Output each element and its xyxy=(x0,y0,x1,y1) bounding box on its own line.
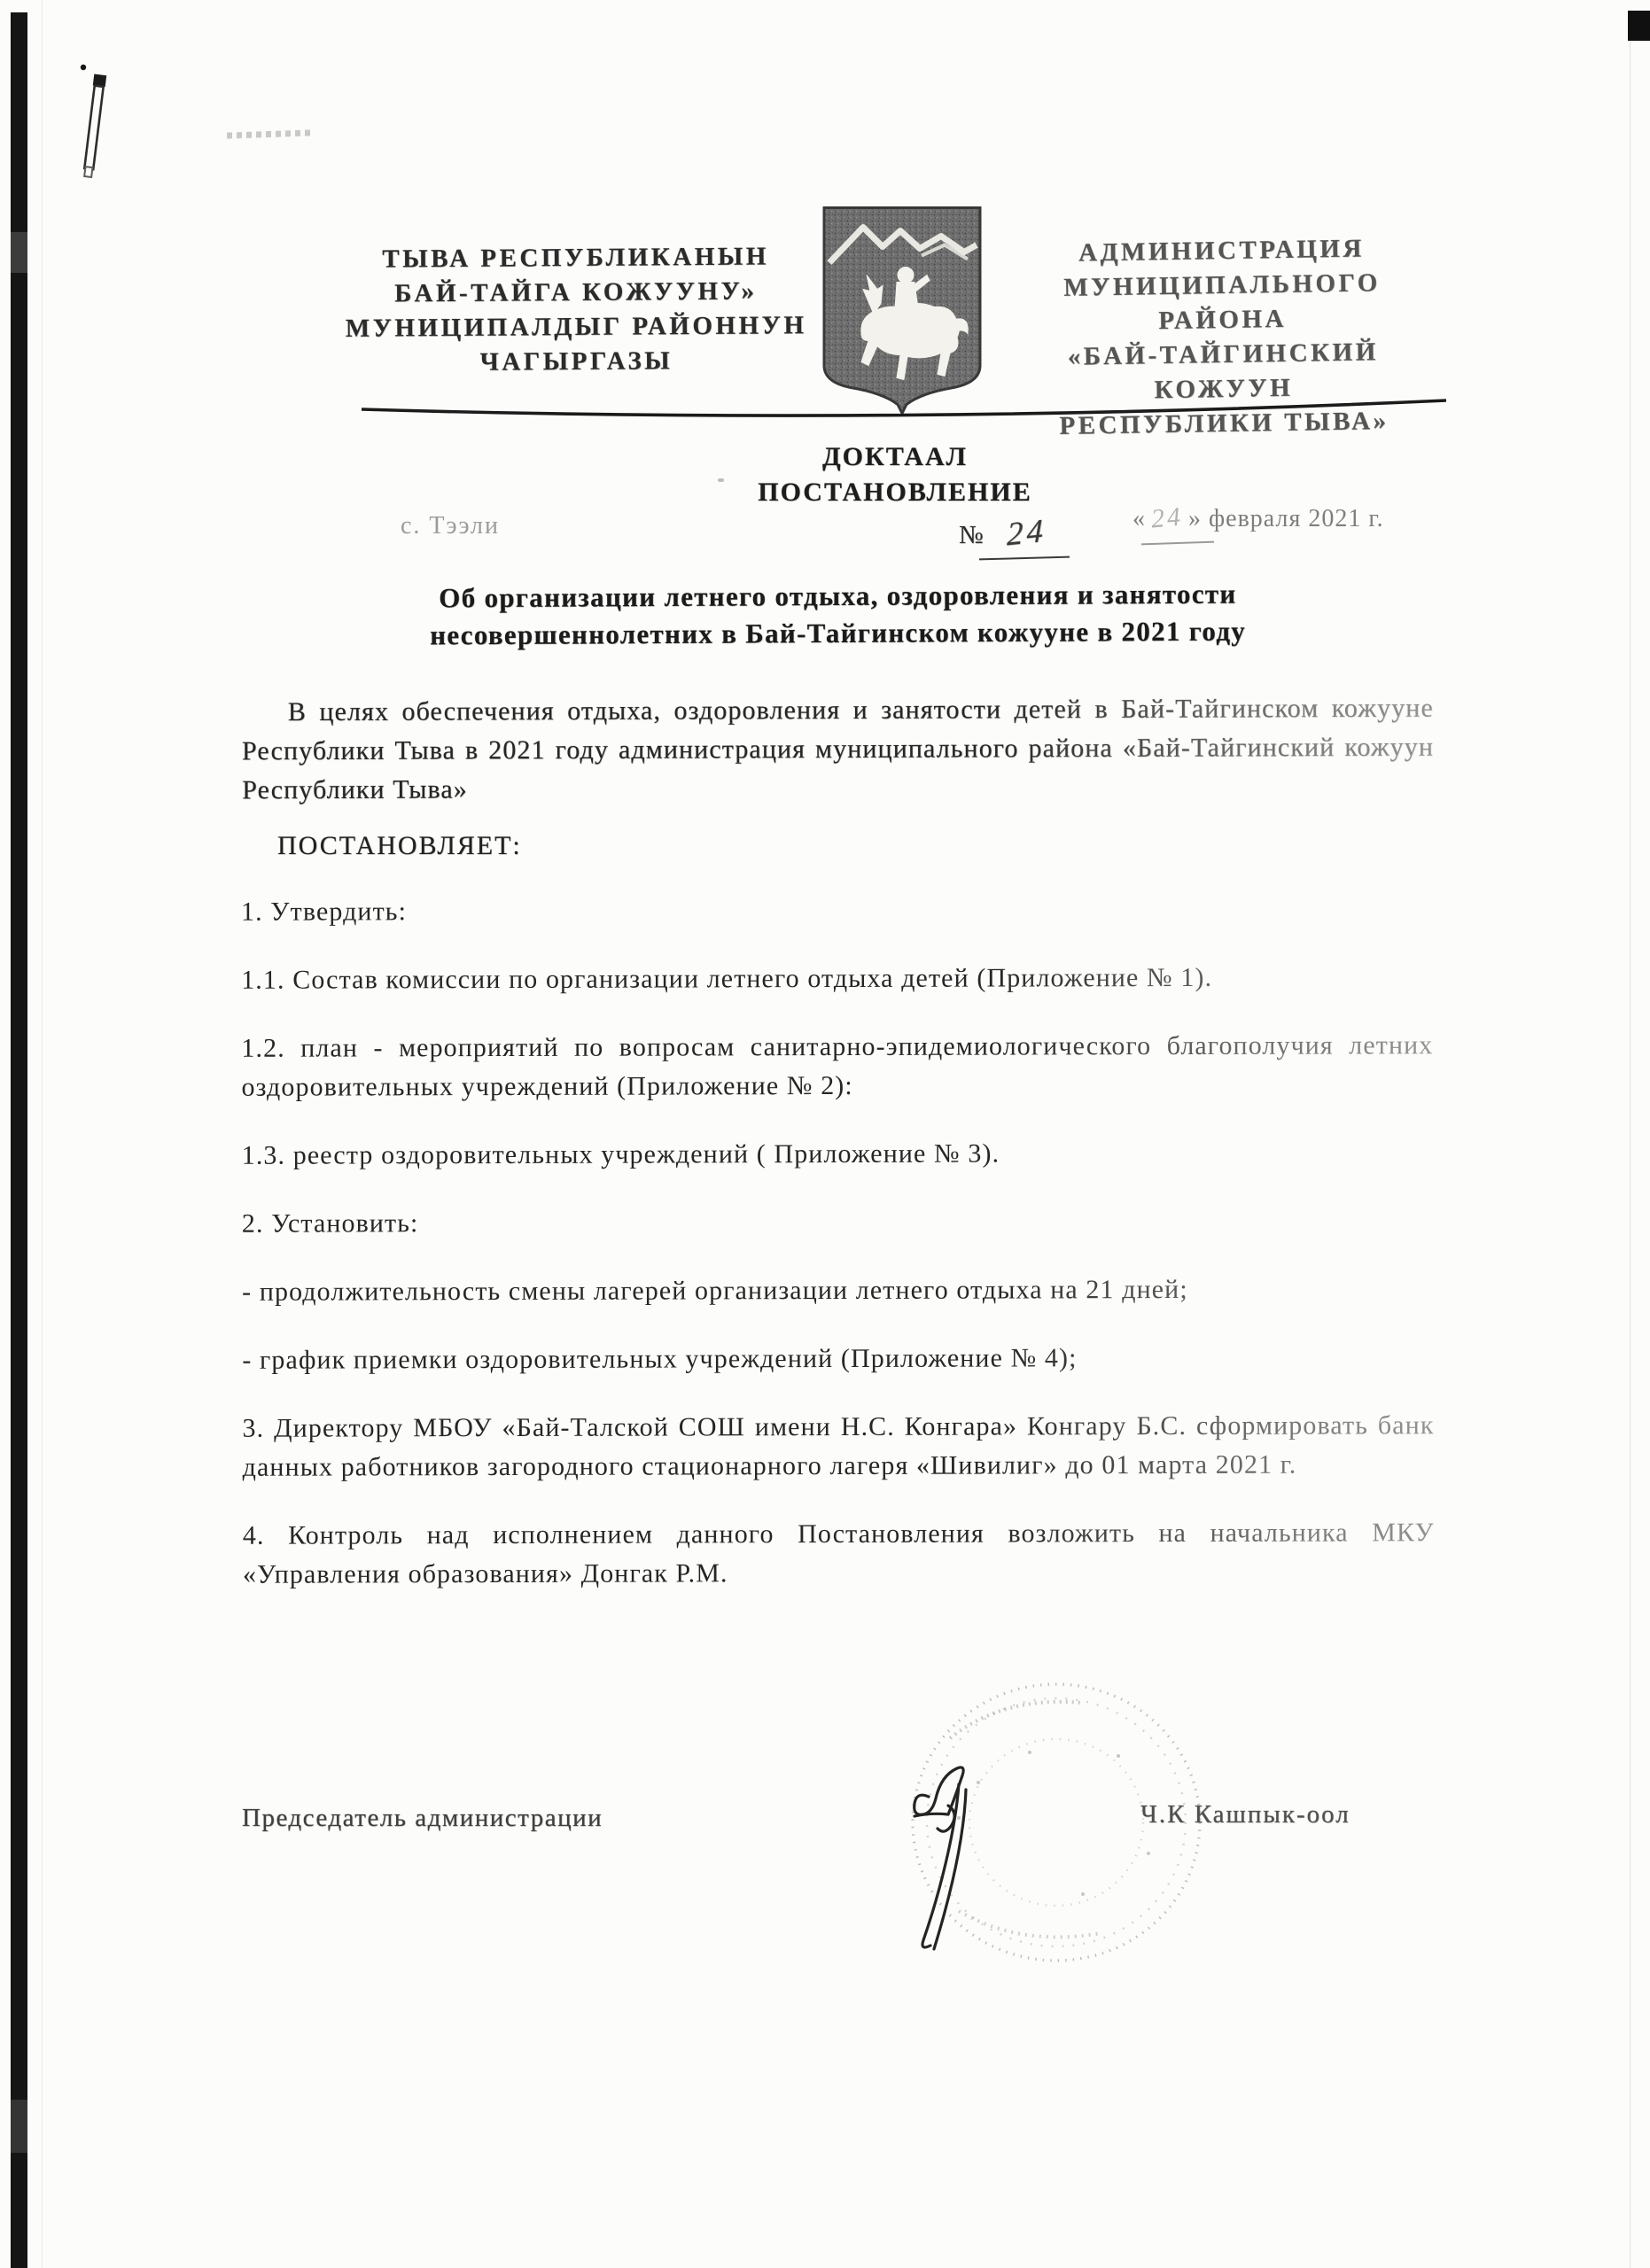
date-rest: » февраля 2021 г. xyxy=(1188,505,1384,532)
resolution-items: 1. Утвердить: 1.1. Состав комиссии по ор… xyxy=(241,889,1435,1624)
scan-strip-light-patch xyxy=(11,232,27,273)
resolution-item: 1.2. план - мероприятий по вопросам сани… xyxy=(241,1026,1433,1107)
pen-mark-artifact xyxy=(66,55,122,188)
title-line: Об организации летнего отдыха, оздоровле… xyxy=(242,574,1434,617)
coat-of-arms-horseman-icon xyxy=(815,200,989,418)
org-line: МУНИЦИПАЛЬНОГО РАЙОНА xyxy=(999,265,1446,341)
resolution-item: 1.3. реестр оздоровительных учреждений (… xyxy=(242,1133,1434,1176)
resolution-item: 2. Установить: xyxy=(242,1201,1434,1244)
resolution-item: - график приемки оздоровительных учрежде… xyxy=(242,1338,1434,1380)
scan-edge-line xyxy=(1630,39,1631,2268)
scan-fold-line xyxy=(42,0,43,2268)
org-line: МУНИЦИПАЛДЫГ РАЙОННУН xyxy=(328,308,824,346)
resolution-item: 1. Утвердить: xyxy=(241,889,1433,932)
org-line: ТЫВА РЕСПУБЛИКАНЫН xyxy=(327,239,823,277)
org-line: БАЙ-ТАЙГА КОЖУУНУ» xyxy=(328,274,824,312)
resolution-item: 1.1. Состав комиссии по организации летн… xyxy=(241,958,1433,1000)
scan-smudge xyxy=(227,129,312,138)
number-handwritten-value: 24 xyxy=(1007,512,1047,555)
scan-edge-strip xyxy=(11,12,27,2268)
doc-kind-tuvan: ДОКТААЛ xyxy=(301,439,1489,475)
handwritten-signature xyxy=(897,1735,1047,1967)
signer-name: Ч.К Кашпык-оол xyxy=(1140,1800,1350,1829)
resolution-item: 4. Контроль над исполнением данного Пост… xyxy=(243,1513,1435,1595)
document-kind-heading: ДОКТААЛ ПОСТАНОВЛЕНИЕ xyxy=(301,439,1489,510)
scanned-document-page: ТЫВА РЕСПУБЛИКАНЫН БАЙ-ТАЙГА КОЖУУНУ» МУ… xyxy=(0,0,1650,2268)
resolution-item: - продолжительность смены лагерей органи… xyxy=(242,1270,1434,1312)
number-label: № xyxy=(959,521,984,549)
title-line: несовершеннолетних в Бай-Тайгинском кожу… xyxy=(242,611,1434,655)
scan-strip-light-patch xyxy=(11,2100,27,2153)
resolution-item: 3. Директору МБОУ «Бай-Талской СОШ имени… xyxy=(242,1406,1434,1487)
letterhead-divider-rule xyxy=(354,395,1453,425)
document-place: с. Тээли xyxy=(401,512,500,540)
date-open-quote: « xyxy=(1132,505,1146,532)
date-underline xyxy=(1141,541,1214,546)
letterhead-org-tuvan: ТЫВА РЕСПУБЛИКАНЫН БАЙ-ТАЙГА КОЖУУНУ» МУ… xyxy=(327,239,824,381)
document-number: №24 xyxy=(959,514,1047,552)
signer-position: Председатель администрации xyxy=(242,1804,603,1833)
intro-paragraph: В целях обеспечения отдыха, оздоровления… xyxy=(242,689,1434,811)
resolves-heading: ПОСТАНОВЛЯЕТ: xyxy=(277,831,522,861)
document-title: Об организации летнего отдыха, оздоровле… xyxy=(242,574,1434,655)
scan-corner-mark xyxy=(1628,11,1650,41)
org-line: ЧАГЫРГАЗЫ xyxy=(328,343,824,381)
date-handwritten-day: 24 xyxy=(1150,501,1185,534)
number-underline xyxy=(979,556,1070,561)
document-date: «24» февраля 2021 г. xyxy=(1132,503,1384,533)
